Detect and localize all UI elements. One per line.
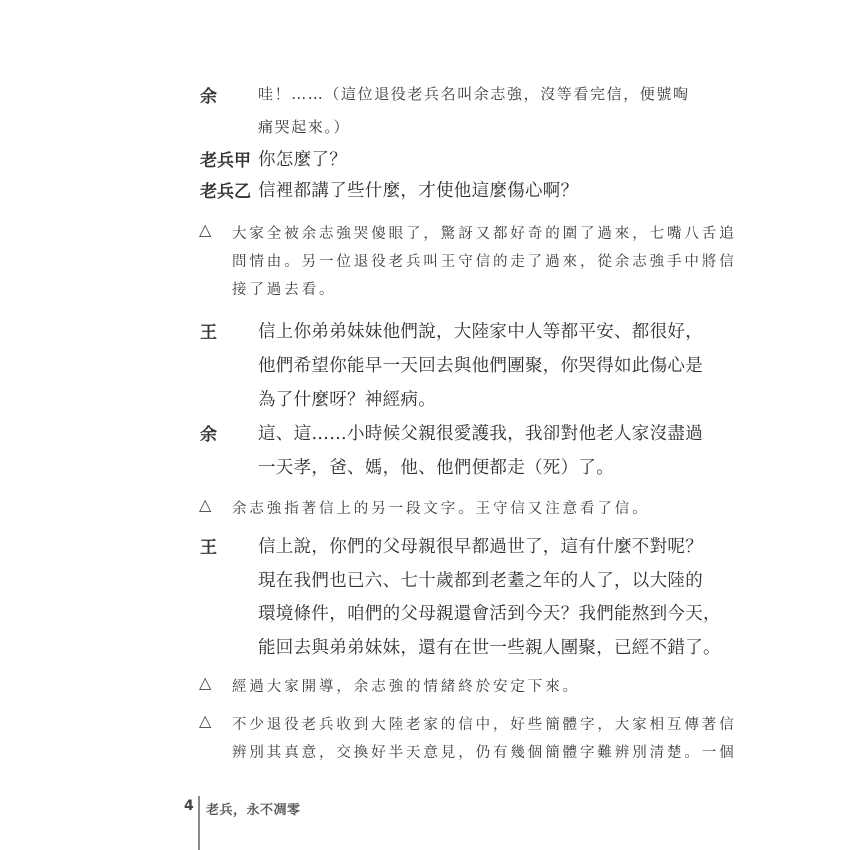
speaker-name: 老兵乙: [200, 177, 251, 202]
stage-direction-line: 辨別其真意，交換好半天意見，仍有幾個簡體字難辨別清楚。一個: [232, 741, 737, 762]
stage-direction-triangle-icon: △: [199, 673, 211, 692]
running-footer-book-title: 老兵，永不凋零: [206, 799, 301, 818]
page-number: 4: [184, 798, 194, 814]
dialog-line: 環境條件，咱們的父母親還會活到今天？我們能熬到今天，: [258, 600, 721, 625]
stage-direction-triangle-icon: △: [199, 220, 211, 239]
dialog-line: 這、這……小時候父親很愛護我，我卻對他老人家沒盡過: [258, 420, 703, 445]
dialog-line: 你怎麼了？: [258, 146, 347, 171]
stage-direction-line: 接了過去看。: [232, 278, 336, 299]
dialog-line: 信裡都講了些什麼，才使他這麼傷心啊？: [258, 177, 578, 202]
stage-direction-line: 不少退役老兵收到大陸老家的信中，好些簡體字，大家相互傳著信: [232, 713, 737, 734]
speaker-name: 余: [200, 420, 217, 445]
stage-direction-line: 大家全被余志強哭傻眼了，驚訝又都好奇的圍了過來，七嘴八舌追: [232, 222, 737, 243]
dialog-line: 能回去與弟弟妹妹，還有在世一些親人團聚，已經不錯了。: [258, 634, 721, 659]
speaker-name: 王: [200, 533, 217, 558]
dialog-line: 為了什麼呀？神經病。: [258, 386, 436, 411]
dialog-line: 信上說，你們的父母親很早都過世了，這有什麼不對呢？: [258, 533, 703, 558]
stage-direction-line: 經過大家開導，余志強的情緒終於安定下來。: [232, 675, 580, 696]
speaker-name: 余: [200, 82, 217, 107]
stage-direction-line: 余志強指著信上的另一段文字。王守信又注意看了信。: [232, 497, 650, 518]
speaker-name: 王: [200, 318, 217, 343]
dialog-line: 痛哭起來。）: [258, 116, 350, 137]
dialog-line: 現在我們也已六、七十歲都到老耋之年的人了，以大陸的: [258, 567, 703, 592]
dialog-line: 一天孝，爸、媽，他、他們便都走（死）了。: [258, 454, 614, 479]
footer-divider: [198, 796, 200, 850]
stage-direction-line: 問情由。另一位退役老兵叫王守信的走了過來，從余志強手中將信: [232, 250, 737, 271]
stage-direction-triangle-icon: △: [199, 711, 211, 730]
book-page: 余 哇！……（這位退役老兵名叫余志強，沒等看完信，便號啕 痛哭起來。） 老兵甲 …: [0, 0, 850, 850]
dialog-line: 他們希望你能早一天回去與他們團聚，你哭得如此傷心是: [258, 352, 703, 377]
dialog-line: 信上你弟弟妹妹他們說，大陸家中人等都平安、都很好，: [258, 318, 703, 343]
speaker-name: 老兵甲: [200, 146, 251, 171]
dialog-line: 哇！……（這位退役老兵名叫余志強，沒等看完信，便號啕: [258, 83, 690, 104]
stage-direction-triangle-icon: △: [199, 495, 211, 514]
